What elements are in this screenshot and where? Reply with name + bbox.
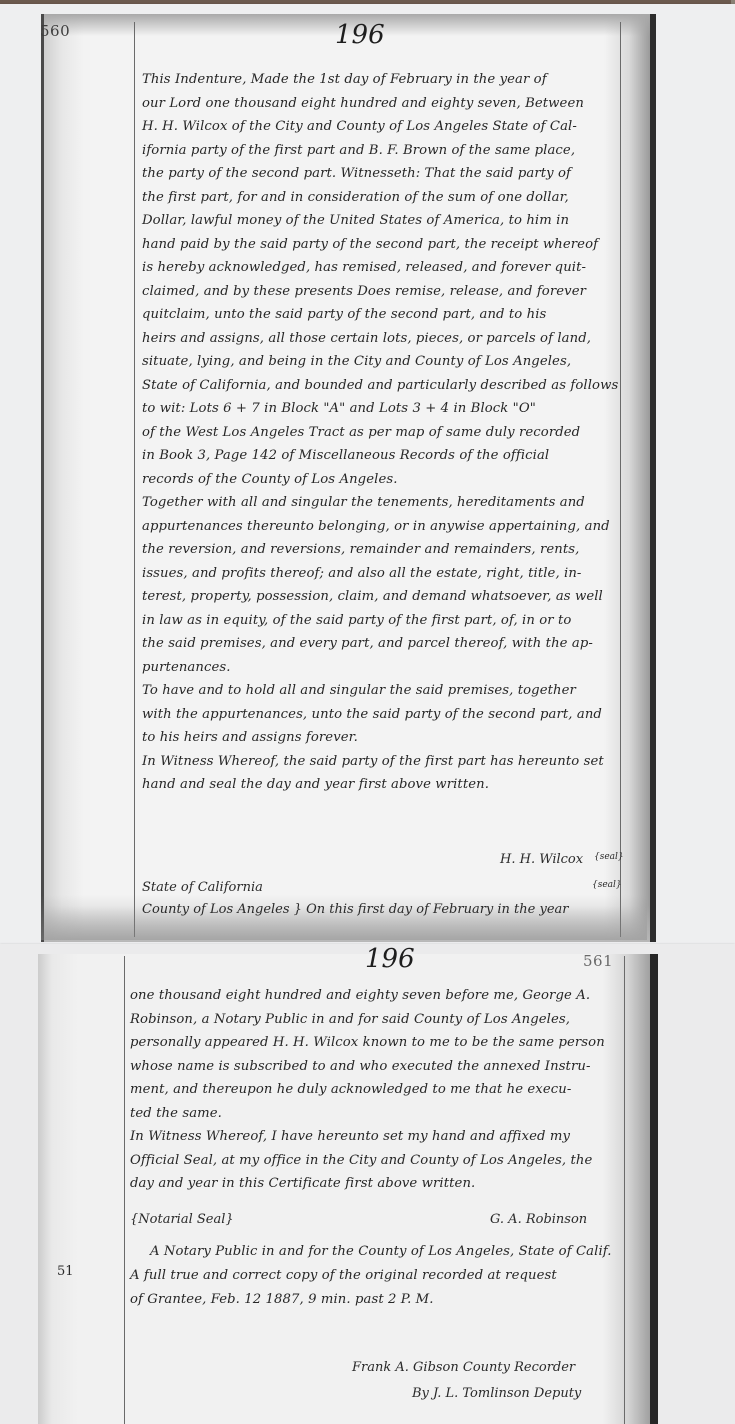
text-line: State of California, and bounded and par… [142, 374, 622, 398]
text-line: the said premises, and every part, and p… [142, 632, 622, 656]
text-line: This Indenture, Made the 1st day of Febr… [142, 68, 622, 92]
text-line: the party of the second part. Witnesseth… [142, 162, 622, 186]
text-line: whose name is subscribed to and who exec… [130, 1055, 625, 1079]
text-line: In Witness Whereof, the said party of th… [142, 750, 622, 774]
text-line: day and year in this Certificate first a… [130, 1172, 625, 1196]
acknowledgment-state: State of California [142, 880, 263, 895]
notarial-seal-note: {Notarial Seal} [130, 1212, 234, 1227]
text-line: records of the County of Los Angeles. [142, 468, 622, 492]
text-line: in Book 3, Page 142 of Miscellaneous Rec… [142, 444, 622, 468]
text-line: in law as in equity, of the said party o… [142, 609, 622, 633]
text-line: In Witness Whereof, I have hereunto set … [130, 1125, 625, 1149]
text-line: to wit: Lots 6 + 7 in Block "A" and Lots… [142, 397, 622, 421]
text-line: ted the same. [130, 1102, 625, 1126]
text-line: heirs and assigns, all those certain lot… [142, 327, 622, 351]
margin-rule-left [134, 22, 135, 937]
page-number: 560 [40, 22, 70, 40]
text-line: with the appurtenances, unto the said pa… [142, 703, 622, 727]
text-line: Robinson, a Notary Public in and for sai… [130, 1008, 625, 1032]
deed-body-text: This Indenture, Made the 1st day of Febr… [142, 68, 622, 797]
deputy-signature: By J. L. Tomlinson Deputy [412, 1386, 581, 1401]
notary-signature: G. A. Robinson [490, 1212, 587, 1227]
margin-entry-number: 51 [57, 1264, 74, 1279]
text-line: issues, and profits thereof; and also al… [142, 562, 622, 586]
text-line: personally appeared H. H. Wilcox known t… [130, 1031, 625, 1055]
text-line: quitclaim, unto the said party of the se… [142, 303, 622, 327]
folio-number: 196 [365, 944, 415, 974]
acknowledgment-county: County of Los Angeles } On this first da… [142, 902, 568, 917]
text-line: To have and to hold all and singular the… [142, 679, 622, 703]
folio-number: 196 [335, 20, 385, 50]
text-line: the first part, for and in consideration… [142, 186, 622, 210]
notary-title-block: A Notary Public in and for the County of… [150, 1240, 630, 1264]
recording-certificate: A full true and correct copy of the orig… [130, 1264, 625, 1311]
text-line: hand and seal the day and year first abo… [142, 773, 622, 797]
text-line: purtenances. [142, 656, 622, 680]
text-line: H. H. Wilcox of the City and County of L… [142, 115, 622, 139]
text-line: claimed, and by these presents Does remi… [142, 280, 622, 304]
text-line: A full true and correct copy of the orig… [130, 1264, 625, 1288]
text-line: hand paid by the said party of the secon… [142, 233, 622, 257]
text-line: of Grantee, Feb. 12 1887, 9 min. past 2 … [130, 1288, 625, 1312]
acknowledgment-body-text: one thousand eight hundred and eighty se… [130, 984, 625, 1196]
notary-title: A Notary Public in and for the County of… [150, 1240, 630, 1264]
seal-note: {seal} [592, 880, 622, 890]
text-line: is hereby acknowledged, has remised, rel… [142, 256, 622, 280]
grantor-signature: H. H. Wilcox [500, 852, 583, 867]
text-line: situate, lying, and being in the City an… [142, 350, 622, 374]
text-line: one thousand eight hundred and eighty se… [130, 984, 625, 1008]
margin-rule-left [124, 956, 125, 1424]
text-line: terest, property, possession, claim, and… [142, 585, 622, 609]
text-line: Official Seal, at my office in the City … [130, 1149, 625, 1173]
text-line: Dollar, lawful money of the United State… [142, 209, 622, 233]
page-number: 561 [583, 952, 613, 970]
text-line: of the West Los Angeles Tract as per map… [142, 421, 622, 445]
text-line: to his heirs and assigns forever. [142, 726, 622, 750]
text-line: Together with all and singular the tenem… [142, 491, 622, 515]
recorder-signature: Frank A. Gibson County Recorder [352, 1360, 575, 1375]
text-line: the reversion, and reversions, remainder… [142, 538, 622, 562]
text-line: our Lord one thousand eight hundred and … [142, 92, 622, 116]
text-line: ment, and thereupon he duly acknowledged… [130, 1078, 625, 1102]
seal-note: {seal} [594, 852, 624, 862]
text-line: ifornia party of the first part and B. F… [142, 139, 622, 163]
text-line: appurtenances thereunto belonging, or in… [142, 515, 622, 539]
